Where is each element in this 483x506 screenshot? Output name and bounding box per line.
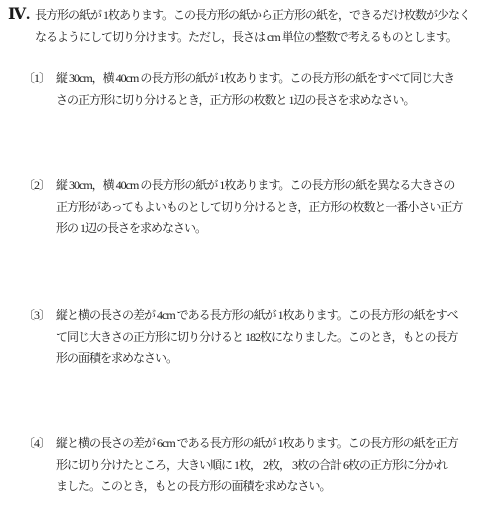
- problem-text-line: 縦 30cm，横 40cm の長方形の紙が 1枚あります。この長方形の紙を異なる…: [56, 175, 462, 197]
- section-number: Ⅳ.: [8, 4, 35, 26]
- problem-text-line: 形に切り分けたところ，大きい順に 1枚， 2枚， 3枚の合計 6枚の正方形に分か…: [56, 455, 458, 477]
- problem-text-line: ました。このとき，もとの長方形の面積を求めなさい。: [56, 476, 458, 498]
- problem-text-line: 縦 30cm，横 40cm の長方形の紙が 1枚あります。この長方形の紙をすべて…: [56, 68, 454, 90]
- problem-4: 〔4〕 縦と横の長さの差が 6cm である長方形の紙が 1枚あります。この長方形…: [23, 433, 458, 498]
- problem-2-label: 〔2〕: [23, 175, 56, 197]
- problem-3-text: 縦と横の長さの差が 4cm である長方形の紙が 1枚あります。この長方形の紙をす…: [56, 305, 458, 370]
- problem-4-label: 〔4〕: [23, 433, 56, 455]
- problem-3: 〔3〕 縦と横の長さの差が 4cm である長方形の紙が 1枚あります。この長方形…: [23, 305, 458, 370]
- problem-text-line: 縦と横の長さの差が 6cm である長方形の紙が 1枚あります。この長方形の紙を正…: [56, 433, 458, 455]
- problem-text-line: 縦と横の長さの差が 4cm である長方形の紙が 1枚あります。この長方形の紙をす…: [56, 305, 458, 327]
- problem-2-text: 縦 30cm，横 40cm の長方形の紙が 1枚あります。この長方形の紙を異なる…: [56, 175, 462, 240]
- problem-3-label: 〔3〕: [23, 305, 56, 327]
- intro-line: なるようにして切り分けます。ただし，長さは cm 単位の整数で考えるものとします…: [35, 26, 470, 48]
- problem-text-line: 正方形があってもよいものとして切り分けるとき，正方形の枚数と一番小さい正方: [56, 197, 462, 219]
- intro-line: 長方形の紙が 1枚あります。この長方形の紙から正方形の紙を，できるだけ枚数が少な…: [35, 4, 470, 26]
- problem-text-line: さの正方形に切り分けるとき，正方形の枚数と 1辺の長さを求めなさい。: [56, 90, 454, 112]
- document-page: Ⅳ. 長方形の紙が 1枚あります。この長方形の紙から正方形の紙を，できるだけ枚数…: [0, 0, 483, 506]
- problem-1-label: 〔1〕: [23, 68, 56, 90]
- section-intro: 長方形の紙が 1枚あります。この長方形の紙から正方形の紙を，できるだけ枚数が少な…: [35, 4, 470, 48]
- section-header: Ⅳ. 長方形の紙が 1枚あります。この長方形の紙から正方形の紙を，できるだけ枚数…: [8, 4, 470, 48]
- problem-text-line: 形の面積を求めなさい。: [56, 348, 458, 370]
- problem-1-text: 縦 30cm，横 40cm の長方形の紙が 1枚あります。この長方形の紙をすべて…: [56, 68, 454, 111]
- problem-text-line: て同じ大きさの正方形に切り分けると 182枚になりました。このとき，もとの長方: [56, 327, 458, 349]
- problem-text-line: 形の 1辺の長さを求めなさい。: [56, 218, 462, 240]
- problem-2: 〔2〕 縦 30cm，横 40cm の長方形の紙が 1枚あります。この長方形の紙…: [23, 175, 462, 240]
- problem-1: 〔1〕 縦 30cm，横 40cm の長方形の紙が 1枚あります。この長方形の紙…: [23, 68, 454, 111]
- problem-4-text: 縦と横の長さの差が 6cm である長方形の紙が 1枚あります。この長方形の紙を正…: [56, 433, 458, 498]
